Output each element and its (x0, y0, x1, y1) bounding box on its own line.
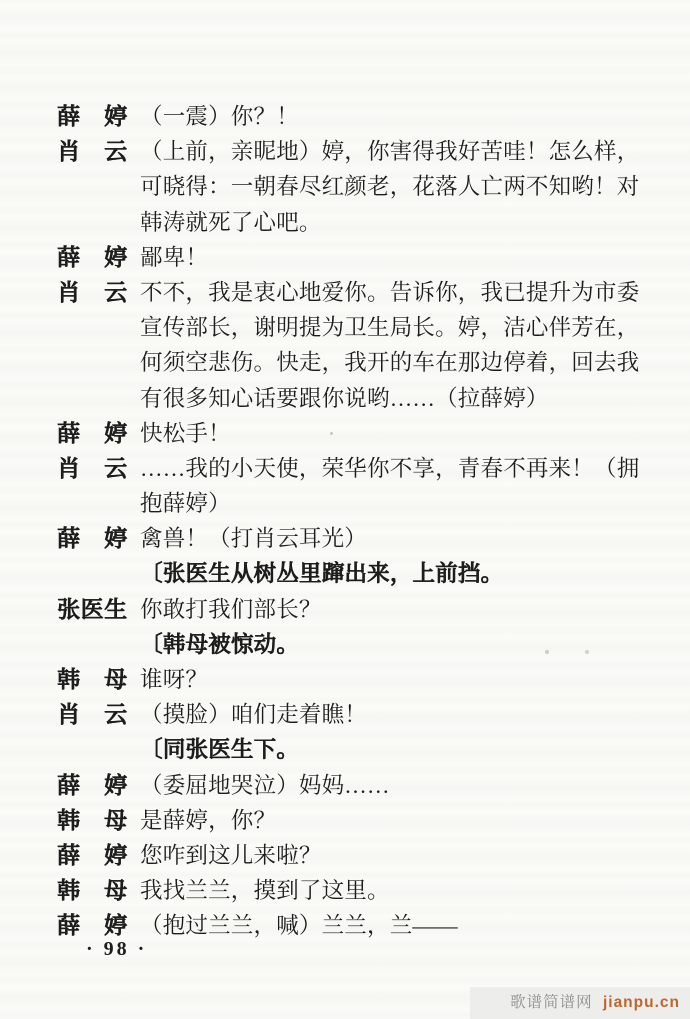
scan-speck (585, 650, 589, 654)
dialogue-text: （摸脸）咱们走着瞧！ (140, 697, 657, 732)
dialogue-text: 鄙卑！ (140, 240, 657, 275)
dialogue-text: （上前，亲昵地）婷，你害得我好苦哇！怎么样， (140, 134, 657, 169)
speaker-name: 肖 云 (57, 451, 140, 486)
dialogue-text: 可晓得：一朝春尽红颜老，花落人亡两不知哟！对 (140, 169, 657, 204)
dialogue-text: ……我的小天使，荣华你不享，青春不再来！（拥 (140, 451, 657, 486)
scanned-script-page: { "colors": { "paper": "#fbfbf8", "ink":… (0, 0, 690, 1019)
watermark-site-name: 歌谱简谱网 (510, 994, 593, 1011)
script-line: 何须空悲伤。快走，我开的车在那边停着，回去我 (57, 345, 657, 380)
dialogue-text: 是薛婷，你？ (140, 803, 657, 838)
script-line: 肖 云不不，我是衷心地爱你。告诉你，我已提升为市委 (57, 275, 657, 310)
script-line: 〔韩母被惊动。 (57, 627, 657, 662)
speaker-name: 韩 母 (57, 873, 140, 908)
scan-speck (330, 432, 333, 435)
script-line: 宣传部长，谢明提为卫生局长。婷，洁心伴芳在， (57, 310, 657, 345)
scan-speck (545, 650, 549, 654)
script-line: 韩 母谁呀？ (57, 662, 657, 697)
speaker-name: 肖 云 (57, 697, 140, 732)
script-line: 薛 婷您咋到这儿来啦？ (57, 838, 657, 873)
script-line: 薛 婷禽兽！（打肖云耳光） (57, 521, 657, 556)
dialogue-text: 不不，我是衷心地爱你。告诉你，我已提升为市委 (140, 275, 657, 310)
stage-direction-text: 〔韩母被惊动。 (140, 627, 657, 662)
speaker-name: 韩 母 (57, 803, 140, 838)
script-line: 薛 婷鄙卑！ (57, 240, 657, 275)
speaker-name: 张医生 (57, 592, 140, 627)
speaker-name: 肖 云 (57, 275, 140, 310)
speaker-name: 薛 婷 (57, 521, 140, 556)
speaker-name: 薛 婷 (57, 240, 140, 275)
script-lines: 薛 婷（一震）你？！肖 云（上前，亲昵地）婷，你害得我好苦哇！怎么样，可晓得：一… (57, 99, 657, 944)
script-line: 肖 云（摸脸）咱们走着瞧！ (57, 697, 657, 732)
script-line: 肖 云……我的小天使，荣华你不享，青春不再来！（拥 (57, 451, 657, 486)
watermark-site-url: jianpu.cn (603, 994, 680, 1011)
script-line: 韩涛就死了心吧。 (57, 205, 657, 240)
dialogue-text: （抱过兰兰，喊）兰兰，兰—— (140, 908, 657, 943)
dialogue-text: 韩涛就死了心吧。 (140, 205, 657, 240)
script-line: 〔张医生从树丛里蹿出来，上前挡。 (57, 556, 657, 591)
script-line: 可晓得：一朝春尽红颜老，花落人亡两不知哟！对 (57, 169, 657, 204)
script-line: 韩 母我找兰兰，摸到了这里。 (57, 873, 657, 908)
dialogue-text: 有很多知心话要跟你说哟……（拉薛婷） (140, 381, 657, 416)
script-line: 薛 婷（委屈地哭泣）妈妈…… (57, 768, 657, 803)
dialogue-text: 谁呀？ (140, 662, 657, 697)
script-line: 有很多知心话要跟你说哟……（拉薛婷） (57, 381, 657, 416)
script-line: 薛 婷快松手！ (57, 416, 657, 451)
script-line: 肖 云（上前，亲昵地）婷，你害得我好苦哇！怎么样， (57, 134, 657, 169)
page-number: · 98 · (86, 936, 147, 962)
dialogue-text: （委屈地哭泣）妈妈…… (140, 768, 657, 803)
script-line: 〔同张医生下。 (57, 732, 657, 767)
dialogue-text: 您咋到这儿来啦？ (140, 838, 657, 873)
dialogue-text: 快松手！ (140, 416, 657, 451)
dialogue-text: 宣传部长，谢明提为卫生局长。婷，洁心伴芳在， (140, 310, 657, 345)
dialogue-text: 何须空悲伤。快走，我开的车在那边停着，回去我 (140, 345, 657, 380)
speaker-name: 韩 母 (57, 662, 140, 697)
stage-direction-text: 〔张医生从树丛里蹿出来，上前挡。 (140, 556, 657, 591)
speaker-name: 肖 云 (57, 134, 140, 169)
stage-direction-text: 〔同张医生下。 (140, 732, 657, 767)
dialogue-text: 我找兰兰，摸到了这里。 (140, 873, 657, 908)
dialogue-text: 你敢打我们部长？ (140, 592, 657, 627)
script-line: 韩 母是薛婷，你？ (57, 803, 657, 838)
script-line: 薛 婷（一震）你？！ (57, 99, 657, 134)
speaker-name: 薛 婷 (57, 838, 140, 873)
scan-speck (60, 252, 63, 255)
dialogue-text: 抱薛婷） (140, 486, 657, 521)
speaker-name: 薛 婷 (57, 416, 140, 451)
watermark: 歌谱简谱网 jianpu.cn (510, 990, 680, 1012)
script-line: 张医生你敢打我们部长？ (57, 592, 657, 627)
speaker-name: 薛 婷 (57, 768, 140, 803)
dialogue-text: （一震）你？！ (140, 99, 657, 134)
dialogue-text: 禽兽！（打肖云耳光） (140, 521, 657, 556)
script-line: 抱薛婷） (57, 486, 657, 521)
speaker-name: 薛 婷 (57, 99, 140, 134)
